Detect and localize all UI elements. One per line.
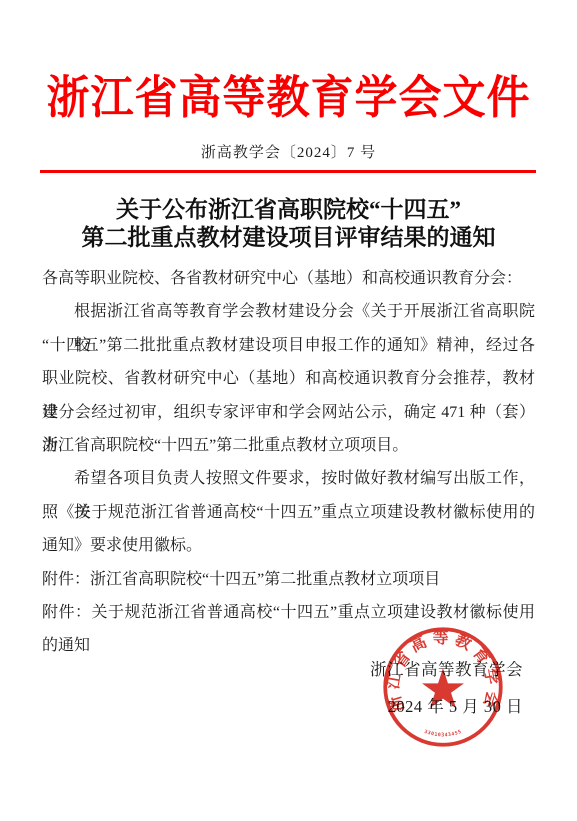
notice-title: 关于公布浙江省高职院校“十四五” 第二批重点教材建设项目评审结果的通知 [0, 196, 577, 252]
paragraph-2-line: 通知》要求使用徽标。 [42, 529, 535, 562]
paragraph-1-line: “十四五”第二批批重点教材建设项目申报工作的通知》精神，经过各 [42, 329, 535, 362]
masthead-org-title: 浙江省高等教育学会文件 [0, 62, 577, 127]
document-number: 浙高教学会〔2024〕7 号 [0, 141, 577, 162]
attachment-line-1: 附件：浙江省高职院校“十四五”第二批重点教材立项项目 [42, 563, 535, 596]
paragraph-1-line: 设分会经过初审，组织专家评审和学会网站公示，确定 471 种（套）为 [42, 396, 535, 429]
paragraph-2-line: 希望各项目负责人按照文件要求，按时做好教材编写出版工作，按 [42, 462, 535, 495]
seal-serial-number: 33010343455 [423, 729, 462, 738]
paragraph-1-line: 根据浙江省高等教育学会教材建设分会《关于开展浙江省高职院校 [42, 295, 535, 328]
salutation: 各高等职业院校、各省教材研究中心（基地）和高校通识教育分会： [42, 262, 535, 295]
red-divider-rule [40, 170, 536, 173]
document-page: 浙江省高等教育学会文件 浙高教学会〔2024〕7 号 关于公布浙江省高职院校“十… [0, 0, 577, 821]
seal-graphic: 浙江省高等教育学会 33010343455 [380, 624, 506, 750]
notice-title-line-2: 第二批重点教材建设项目评审结果的通知 [0, 224, 577, 252]
official-seal: 浙江省高等教育学会 33010343455 [380, 624, 506, 750]
paragraph-1-line: 浙江省高职院校“十四五”第二批重点教材立项项目。 [42, 429, 535, 462]
paragraph-2-line: 照《关于规范浙江省普通高校“十四五”重点立项建设教材徽标使用的 [42, 496, 535, 529]
seal-star-icon [422, 668, 464, 708]
document-body: 各高等职业院校、各省教材研究中心（基地）和高校通识教育分会： 根据浙江省高等教育… [42, 262, 535, 663]
notice-title-line-1: 关于公布浙江省高职院校“十四五” [0, 196, 577, 224]
paragraph-1-line: 职业院校、省教材研究中心（基地）和高校通识教育分会推荐，教材建 [42, 362, 535, 395]
